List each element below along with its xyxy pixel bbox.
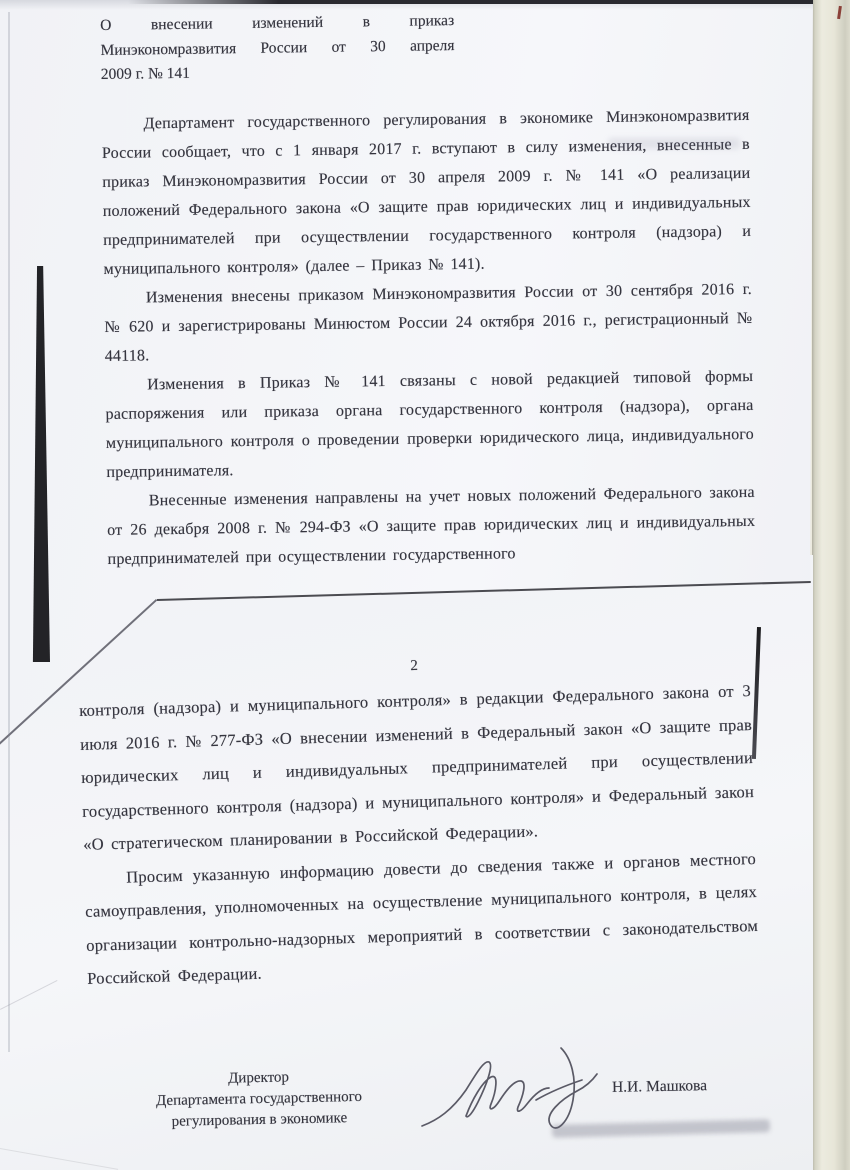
scanner-background [812,0,850,1170]
subject-header: О внесении изменений в приказ Минэкономр… [100,9,455,87]
signer-title: Директор Департамента государственного р… [117,1065,400,1134]
signer-name: Н.И. Машкова [612,1077,707,1097]
scan-smudge [608,138,740,149]
paragraph: Изменения в Приказ № 141 связаны с новой… [105,361,755,486]
paragraph: Просим указанную информацию довести до с… [84,841,760,995]
scan-top-edge-line [128,0,813,4]
page-2-content: 2 контроля (надзора) и муниципального ко… [78,648,759,995]
scanned-document: 2 контроля (надзора) и муниципального ко… [0,0,850,1170]
page-1-content: О внесении изменений в приказ Минэкономр… [100,5,756,573]
subject-line: 2009 г. № 141 [101,58,455,87]
scan-artifact-wedge [32,266,50,662]
paragraph: контроля (надзора) и муниципального конт… [79,674,756,861]
scan-left-fold-line [8,12,10,1052]
paragraph: Изменения внесены приказом Минэкономразв… [104,274,753,370]
paragraph: Внесенные изменения направлены на учет н… [107,477,756,573]
paragraph: Департамент государственного регулирован… [101,100,751,283]
subject-line: Минэкономразвития России от 30 апреля [100,34,454,63]
signature-block: Директор Департамента государственного р… [0,1056,813,1168]
